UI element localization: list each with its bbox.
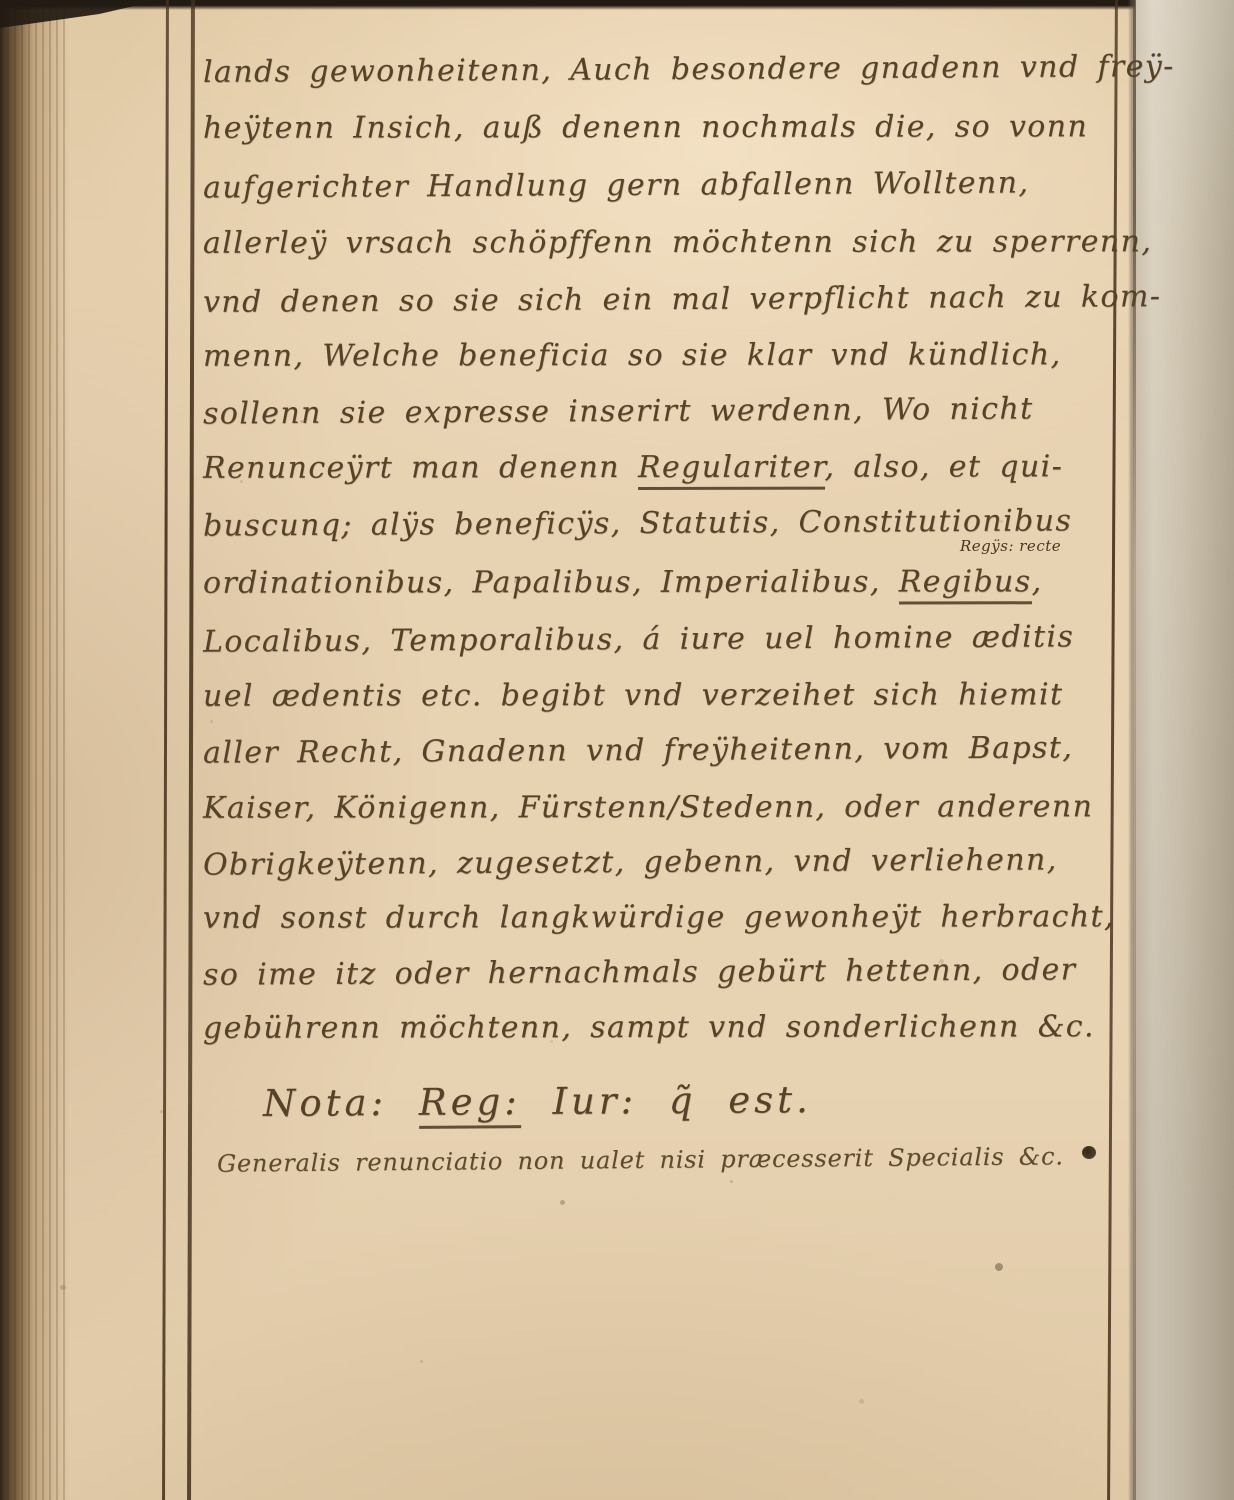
- left-margin-rule-inner: [187, 0, 195, 1500]
- line-text: menn, Welche beneficia so sie klar vnd k…: [203, 337, 1062, 373]
- manuscript-line: Obrigkeÿtenn, zugesetzt, gebenn, vnd ver…: [203, 842, 1058, 882]
- manuscript-line: aufgerichter Handlung gern abfallenn Wol…: [203, 165, 1030, 205]
- manuscript-line: ordinationibus, Papalibus, Imperialibus,…: [203, 564, 1043, 600]
- line-text: Obrigkeÿtenn, zugesetzt, gebenn, vnd ver…: [203, 842, 1058, 882]
- interlinear-correction-note: Regÿs: recte: [960, 537, 1061, 555]
- line-text: buscunq; alÿs beneficÿs, Statutis, Const…: [203, 503, 1072, 543]
- latin-maxim-line: Generalis renunciatio non ualet nisi præ…: [217, 1142, 1064, 1177]
- underlined-word-regibus: Regibus: [899, 564, 1032, 604]
- line-text: vnd sonst durch langkwürdige gewonheÿt h…: [203, 899, 1115, 936]
- line-text: gebührenn möchtenn, sampt vnd sonderlich…: [203, 1009, 1095, 1046]
- line-text: Localibus, Temporalibus, á iure uel homi…: [203, 619, 1074, 659]
- line-text: uel ædentis etc. begibt vnd verzeihet si…: [203, 677, 1063, 714]
- manuscript-line: vnd sonst durch langkwürdige gewonheÿt h…: [203, 899, 1115, 936]
- manuscript-line: so ime itz oder hernachmals gebürt hette…: [203, 952, 1077, 992]
- line-text: aufgerichter Handlung gern abfallenn Wol…: [203, 165, 1030, 205]
- ink-spot: [560, 1200, 565, 1205]
- manuscript-line: gebührenn möchtenn, sampt vnd sonderlich…: [203, 1009, 1095, 1046]
- line-text: aller Recht, Gnadenn vnd freÿheitenn, vo…: [203, 730, 1073, 770]
- manuscript-line: menn, Welche beneficia so sie klar vnd k…: [203, 337, 1062, 373]
- line-text: vnd denen so sie sich ein mal verpflicht…: [203, 279, 1162, 320]
- line-text: allerleÿ vrsach schöpffenn möchtenn sich…: [203, 224, 1152, 261]
- manuscript-line: heÿtenn Insich, auß denenn nochmals die,…: [203, 109, 1088, 146]
- manuscript-line: uel ædentis etc. begibt vnd verzeihet si…: [203, 677, 1063, 714]
- book-spine-edge: [0, 0, 70, 1500]
- manuscript-line: vnd denen so sie sich ein mal verpflicht…: [203, 279, 1162, 320]
- book-top-corner-shadow: [0, 0, 160, 28]
- nota-annotation-line: Nota: Reg: Iur: q̃ est.: [263, 1078, 812, 1125]
- manuscript-line: Localibus, Temporalibus, á iure uel homi…: [203, 619, 1074, 659]
- manuscript-text-block: lands gewonheitenn, Auch besondere gnade…: [203, 0, 1203, 1500]
- left-margin-rule-outer: [162, 0, 169, 1500]
- line-text: lands gewonheitenn, Auch besondere gnade…: [203, 49, 1175, 90]
- manuscript-page-scan: lands gewonheitenn, Auch besondere gnade…: [0, 0, 1234, 1500]
- line-text: ,: [1032, 564, 1043, 599]
- manuscript-line: buscunq; alÿs beneficÿs, Statutis, Const…: [203, 503, 1072, 543]
- line-text: Renunceÿrt man denenn: [203, 450, 638, 486]
- manuscript-line: Renunceÿrt man denenn Regulariter, also,…: [203, 449, 1063, 486]
- ink-spot: [995, 1263, 1003, 1271]
- manuscript-line: aller Recht, Gnadenn vnd freÿheitenn, vo…: [203, 730, 1073, 770]
- underlined-word-reg: Reg:: [419, 1080, 521, 1129]
- manuscript-line: lands gewonheitenn, Auch besondere gnade…: [203, 49, 1175, 90]
- ink-spot: [60, 1285, 66, 1290]
- nota-text: Nota:: [263, 1081, 419, 1125]
- underlined-word-regulariter: Regulariter: [638, 450, 825, 490]
- manuscript-line: Kaiser, Königenn, Fürstenn/Stedenn, oder…: [203, 789, 1093, 826]
- line-text: so ime itz oder hernachmals gebürt hette…: [203, 952, 1077, 992]
- ink-spot: [1082, 1146, 1096, 1159]
- line-text: Kaiser, Königenn, Fürstenn/Stedenn, oder…: [203, 789, 1093, 826]
- line-text: ordinationibus, Papalibus, Imperialibus,: [203, 565, 899, 601]
- line-text: heÿtenn Insich, auß denenn nochmals die,…: [203, 109, 1088, 146]
- manuscript-line: sollenn sie expresse inserirt werdenn, W…: [203, 391, 1034, 431]
- nota-text: Iur: q̃ est.: [521, 1078, 812, 1123]
- manuscript-line: allerleÿ vrsach schöpffenn möchtenn sich…: [203, 224, 1152, 261]
- line-text: sollenn sie expresse inserirt werdenn, W…: [203, 391, 1034, 431]
- line-text: , also, et qui-: [824, 449, 1063, 484]
